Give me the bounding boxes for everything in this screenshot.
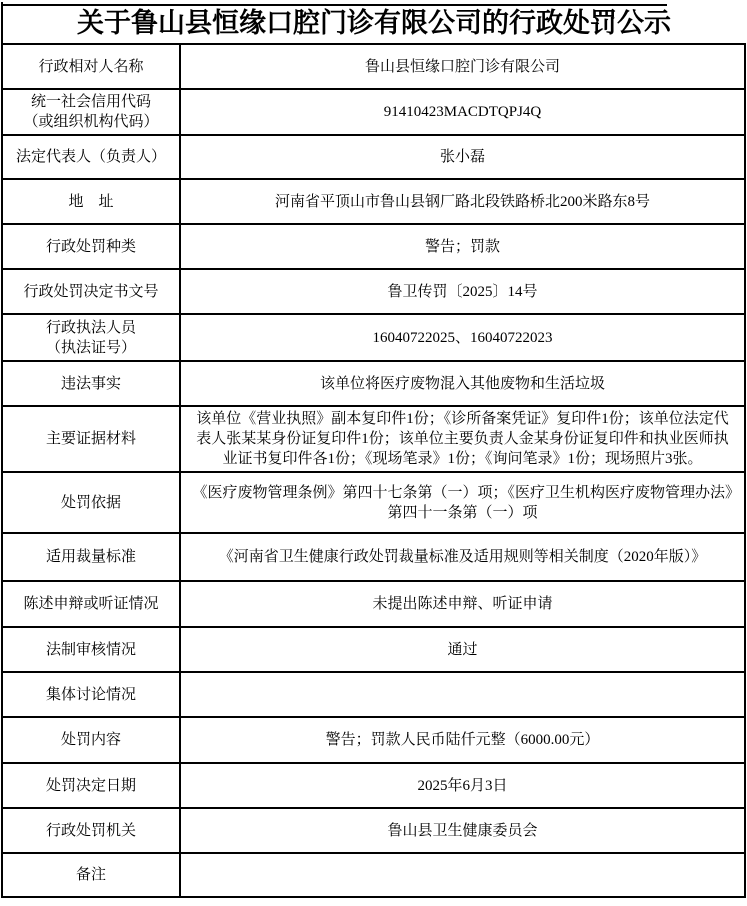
row-label: 主要证据材料 <box>2 406 180 472</box>
row-value: 《医疗废物管理条例》第四十七条第（一）项；《医疗卫生机构医疗废物管理办法》第四十… <box>180 472 745 533</box>
row-label: 行政相对人名称 <box>2 44 180 89</box>
row-value: 该单位《营业执照》副本复印件1份；《诊所备案凭证》复印件1份；该单位法定代表人张… <box>180 406 745 472</box>
row-label: 备注 <box>2 853 180 897</box>
row-label: 统一社会信用代码 （或组织机构代码） <box>2 89 180 135</box>
row-value: 鲁卫传罚〔2025〕14号 <box>180 269 745 314</box>
page-title: 关于鲁山县恒缘口腔门诊有限公司的行政处罚公示 <box>2 2 745 44</box>
row-label: 处罚依据 <box>2 472 180 533</box>
row-label: 行政处罚决定书文号 <box>2 269 180 314</box>
row-remarks: 备注 <box>2 853 745 897</box>
row-label: 违法事实 <box>2 361 180 406</box>
row-discretion-standard: 适用裁量标准 《河南省卫生健康行政处罚裁量标准及适用规则等相关制度（2020年版… <box>2 533 745 581</box>
row-penalty-content: 处罚内容 警告；罚款人民币陆仟元整（6000.00元） <box>2 717 745 763</box>
row-collective-discussion: 集体讨论情况 <box>2 672 745 717</box>
row-value: 通过 <box>180 627 745 672</box>
row-value: 河南省平顶山市鲁山县钢厂路北段铁路桥北200米路东8号 <box>180 179 745 224</box>
row-label: 地 址 <box>2 179 180 224</box>
row-value: 鲁山县卫生健康委员会 <box>180 808 745 853</box>
row-legal-representative: 法定代表人（负责人） 张小磊 <box>2 135 745 179</box>
row-label: 法制审核情况 <box>2 627 180 672</box>
row-label: 行政执法人员 （执法证号） <box>2 314 180 361</box>
row-label: 适用裁量标准 <box>2 533 180 581</box>
row-label: 法定代表人（负责人） <box>2 135 180 179</box>
notice-sheet: 关于鲁山县恒缘口腔门诊有限公司的行政处罚公示 行政相对人名称 鲁山县恒缘口腔门诊… <box>0 2 747 906</box>
row-value: 张小磊 <box>180 135 745 179</box>
penalty-notice-table: 关于鲁山县恒缘口腔门诊有限公司的行政处罚公示 行政相对人名称 鲁山县恒缘口腔门诊… <box>1 2 746 898</box>
row-violation-facts: 违法事实 该单位将医疗废物混入其他废物和生活垃圾 <box>2 361 745 406</box>
row-value: 2025年6月3日 <box>180 763 745 808</box>
row-value: 91410423MACDTQPJ4Q <box>180 89 745 135</box>
title-row: 关于鲁山县恒缘口腔门诊有限公司的行政处罚公示 <box>2 2 745 44</box>
row-label: 行政处罚种类 <box>2 224 180 269</box>
row-address: 地 址 河南省平顶山市鲁山县钢厂路北段铁路桥北200米路东8号 <box>2 179 745 224</box>
row-penalty-basis: 处罚依据 《医疗废物管理条例》第四十七条第（一）项；《医疗卫生机构医疗废物管理办… <box>2 472 745 533</box>
row-decision-date: 处罚决定日期 2025年6月3日 <box>2 763 745 808</box>
row-evidence-materials: 主要证据材料 该单位《营业执照》副本复印件1份；《诊所备案凭证》复印件1份；该单… <box>2 406 745 472</box>
row-value: 《河南省卫生健康行政处罚裁量标准及适用规则等相关制度（2020年版）》 <box>180 533 745 581</box>
row-decision-doc-number: 行政处罚决定书文号 鲁卫传罚〔2025〕14号 <box>2 269 745 314</box>
row-value <box>180 853 745 897</box>
row-value: 鲁山县恒缘口腔门诊有限公司 <box>180 44 745 89</box>
row-label: 集体讨论情况 <box>2 672 180 717</box>
row-enforcement-officers: 行政执法人员 （执法证号） 16040722025、16040722023 <box>2 314 745 361</box>
row-label: 处罚决定日期 <box>2 763 180 808</box>
row-value: 16040722025、16040722023 <box>180 314 745 361</box>
row-value <box>180 672 745 717</box>
row-credit-code: 统一社会信用代码 （或组织机构代码） 91410423MACDTQPJ4Q <box>2 89 745 135</box>
row-value: 该单位将医疗废物混入其他废物和生活垃圾 <box>180 361 745 406</box>
row-label: 处罚内容 <box>2 717 180 763</box>
row-label: 陈述申辩或听证情况 <box>2 581 180 627</box>
row-legal-review: 法制审核情况 通过 <box>2 627 745 672</box>
row-subject-name: 行政相对人名称 鲁山县恒缘口腔门诊有限公司 <box>2 44 745 89</box>
row-statement-hearing: 陈述申辩或听证情况 未提出陈述申辩、听证申请 <box>2 581 745 627</box>
row-value: 警告；罚款 <box>180 224 745 269</box>
row-label: 行政处罚机关 <box>2 808 180 853</box>
row-value: 警告；罚款人民币陆仟元整（6000.00元） <box>180 717 745 763</box>
row-penalty-authority: 行政处罚机关 鲁山县卫生健康委员会 <box>2 808 745 853</box>
row-penalty-type: 行政处罚种类 警告；罚款 <box>2 224 745 269</box>
table-top-border <box>1 4 667 6</box>
row-value: 未提出陈述申辩、听证申请 <box>180 581 745 627</box>
